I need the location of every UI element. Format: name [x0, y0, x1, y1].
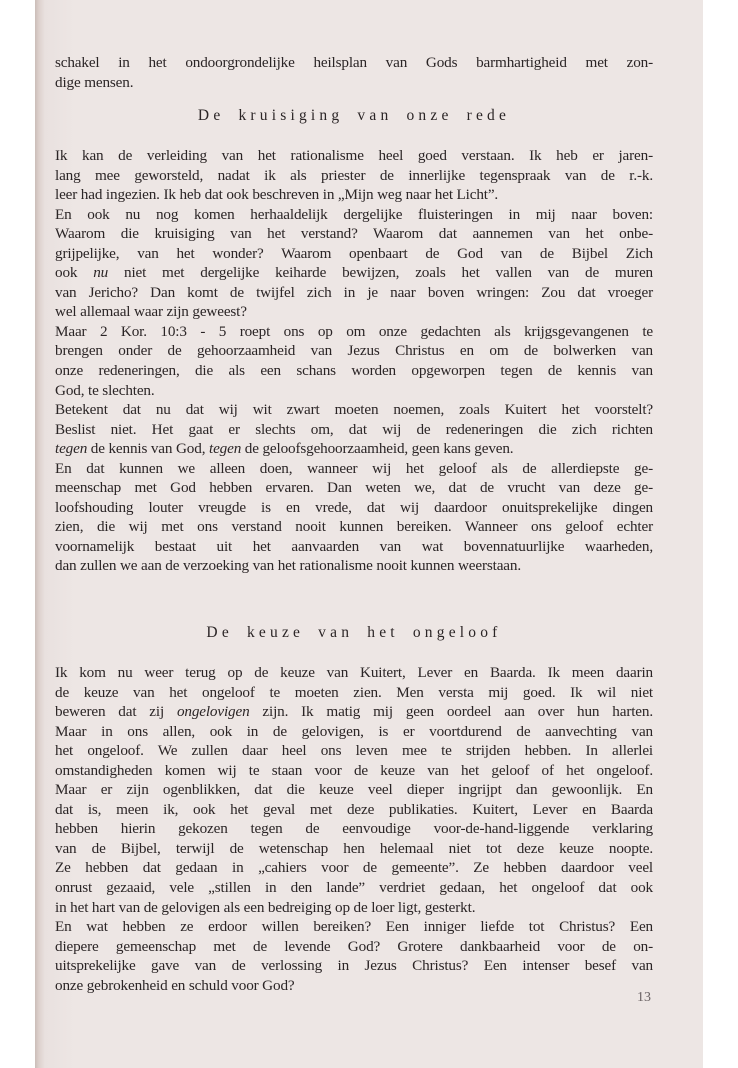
- text-line: van de Bijbel, terwijl de wetenschap hen…: [55, 839, 653, 859]
- text-line: leer had ingezien. Ik heb dat ook beschr…: [55, 185, 653, 205]
- text-line: Maar 2 Kor. 10:3 - 5 roept ons op om onz…: [55, 322, 653, 342]
- text-line: hebben hierin gekozen tegen de eenvoudig…: [55, 819, 653, 839]
- text-line: voornamelijk bestaat uit het aanvaarden …: [55, 537, 653, 557]
- emphasis: tegen: [55, 440, 87, 457]
- section-heading-kruisiging: De kruisiging van onze rede: [55, 107, 653, 125]
- text-line: het ongeloof. We zullen daar heel ons le…: [55, 741, 653, 761]
- emphasis: nu: [93, 264, 108, 281]
- text-line: Ik kom nu weer terug op de keuze van Kui…: [55, 663, 653, 683]
- text-line: Ik kan de verleiding van het rationalism…: [55, 146, 653, 166]
- text-line: Ze hebben dat gedaan in „cahiers voor de…: [55, 858, 653, 878]
- text-line: Beslist niet. Het gaat er slechts om, da…: [55, 420, 653, 440]
- text-line: ook nu niet met dergelijke keiharde bewi…: [55, 263, 653, 283]
- section-kruisiging-body: Ik kan de verleiding van het rationalism…: [55, 146, 653, 576]
- text-line: dan zullen we aan de verzoeking van het …: [55, 556, 653, 576]
- text-line: omstandigheden komen wij te staan voor d…: [55, 761, 653, 781]
- text-line: Maar in ons allen, ook in de gelovigen, …: [55, 722, 653, 742]
- text-line: onze gebrokenheid en schuld voor God?: [55, 976, 653, 996]
- book-page: schakel in het ondoorgrondelijke heilspl…: [35, 0, 703, 1068]
- text-line: van Jericho? Dan komt de twijfel zich in…: [55, 283, 653, 303]
- text-line: tegen de kennis van God, tegen de geloof…: [55, 439, 653, 459]
- text-line: beweren dat zij ongelovigen zijn. Ik mat…: [55, 702, 653, 722]
- text-line: dat is, meen ik, ook het geval met deze …: [55, 800, 653, 820]
- page-number: 13: [637, 990, 651, 1006]
- text-line: En ook nu nog komen herhaaldelijk dergel…: [55, 205, 653, 225]
- text-line: lang mee geworsteld, nadat ik als priest…: [55, 166, 653, 186]
- text-line: Maar er zijn ogenblikken, dat die keuze …: [55, 780, 653, 800]
- text-line: diepere gemeenschap met de levende God? …: [55, 937, 653, 957]
- text-line: grijpelijke, van het wonder? Waarom open…: [55, 244, 653, 264]
- text-line: brengen onder de gehoorzaamheid van Jezu…: [55, 341, 653, 361]
- emphasis: tegen: [209, 440, 241, 457]
- text-line: uitsprekelijke gave van de verlossing in…: [55, 956, 653, 976]
- text-line: in het hart van de gelovigen als een bed…: [55, 898, 653, 918]
- text-line: de keuze van het ongeloof te moeten zien…: [55, 683, 653, 703]
- text-line: onze redeneringen, die als een schans wo…: [55, 361, 653, 381]
- text-line: meenschap met God hebben ervaren. Dan we…: [55, 478, 653, 498]
- text-line: En dat kunnen we alleen doen, wanneer wi…: [55, 459, 653, 479]
- text-line: schakel in het ondoorgrondelijke heilspl…: [55, 53, 653, 73]
- section-keuze-body: Ik kom nu weer terug op de keuze van Kui…: [55, 663, 653, 995]
- text-line: Betekent dat nu dat wij wit zwart moeten…: [55, 400, 653, 420]
- text-line: wel allemaal waar zijn geweest?: [55, 302, 653, 322]
- section-heading-keuze: De keuze van het ongeloof: [55, 624, 653, 642]
- intro-paragraph: schakel in het ondoorgrondelijke heilspl…: [55, 53, 653, 92]
- text-line: God, te slechten.: [55, 381, 653, 401]
- text-line: En wat hebben ze erdoor willen bereiken?…: [55, 917, 653, 937]
- text-line: Waarom die kruisiging van het verstand? …: [55, 224, 653, 244]
- text-line: dige mensen.: [55, 73, 653, 93]
- text-line: loofshouding louter vreugde is en vrede,…: [55, 498, 653, 518]
- text-line: zien, die wij met ons verstand nooit kun…: [55, 517, 653, 537]
- text-line: onrust gezaaid, vele „stillen in den lan…: [55, 878, 653, 898]
- emphasis: ongelovigen: [177, 703, 250, 720]
